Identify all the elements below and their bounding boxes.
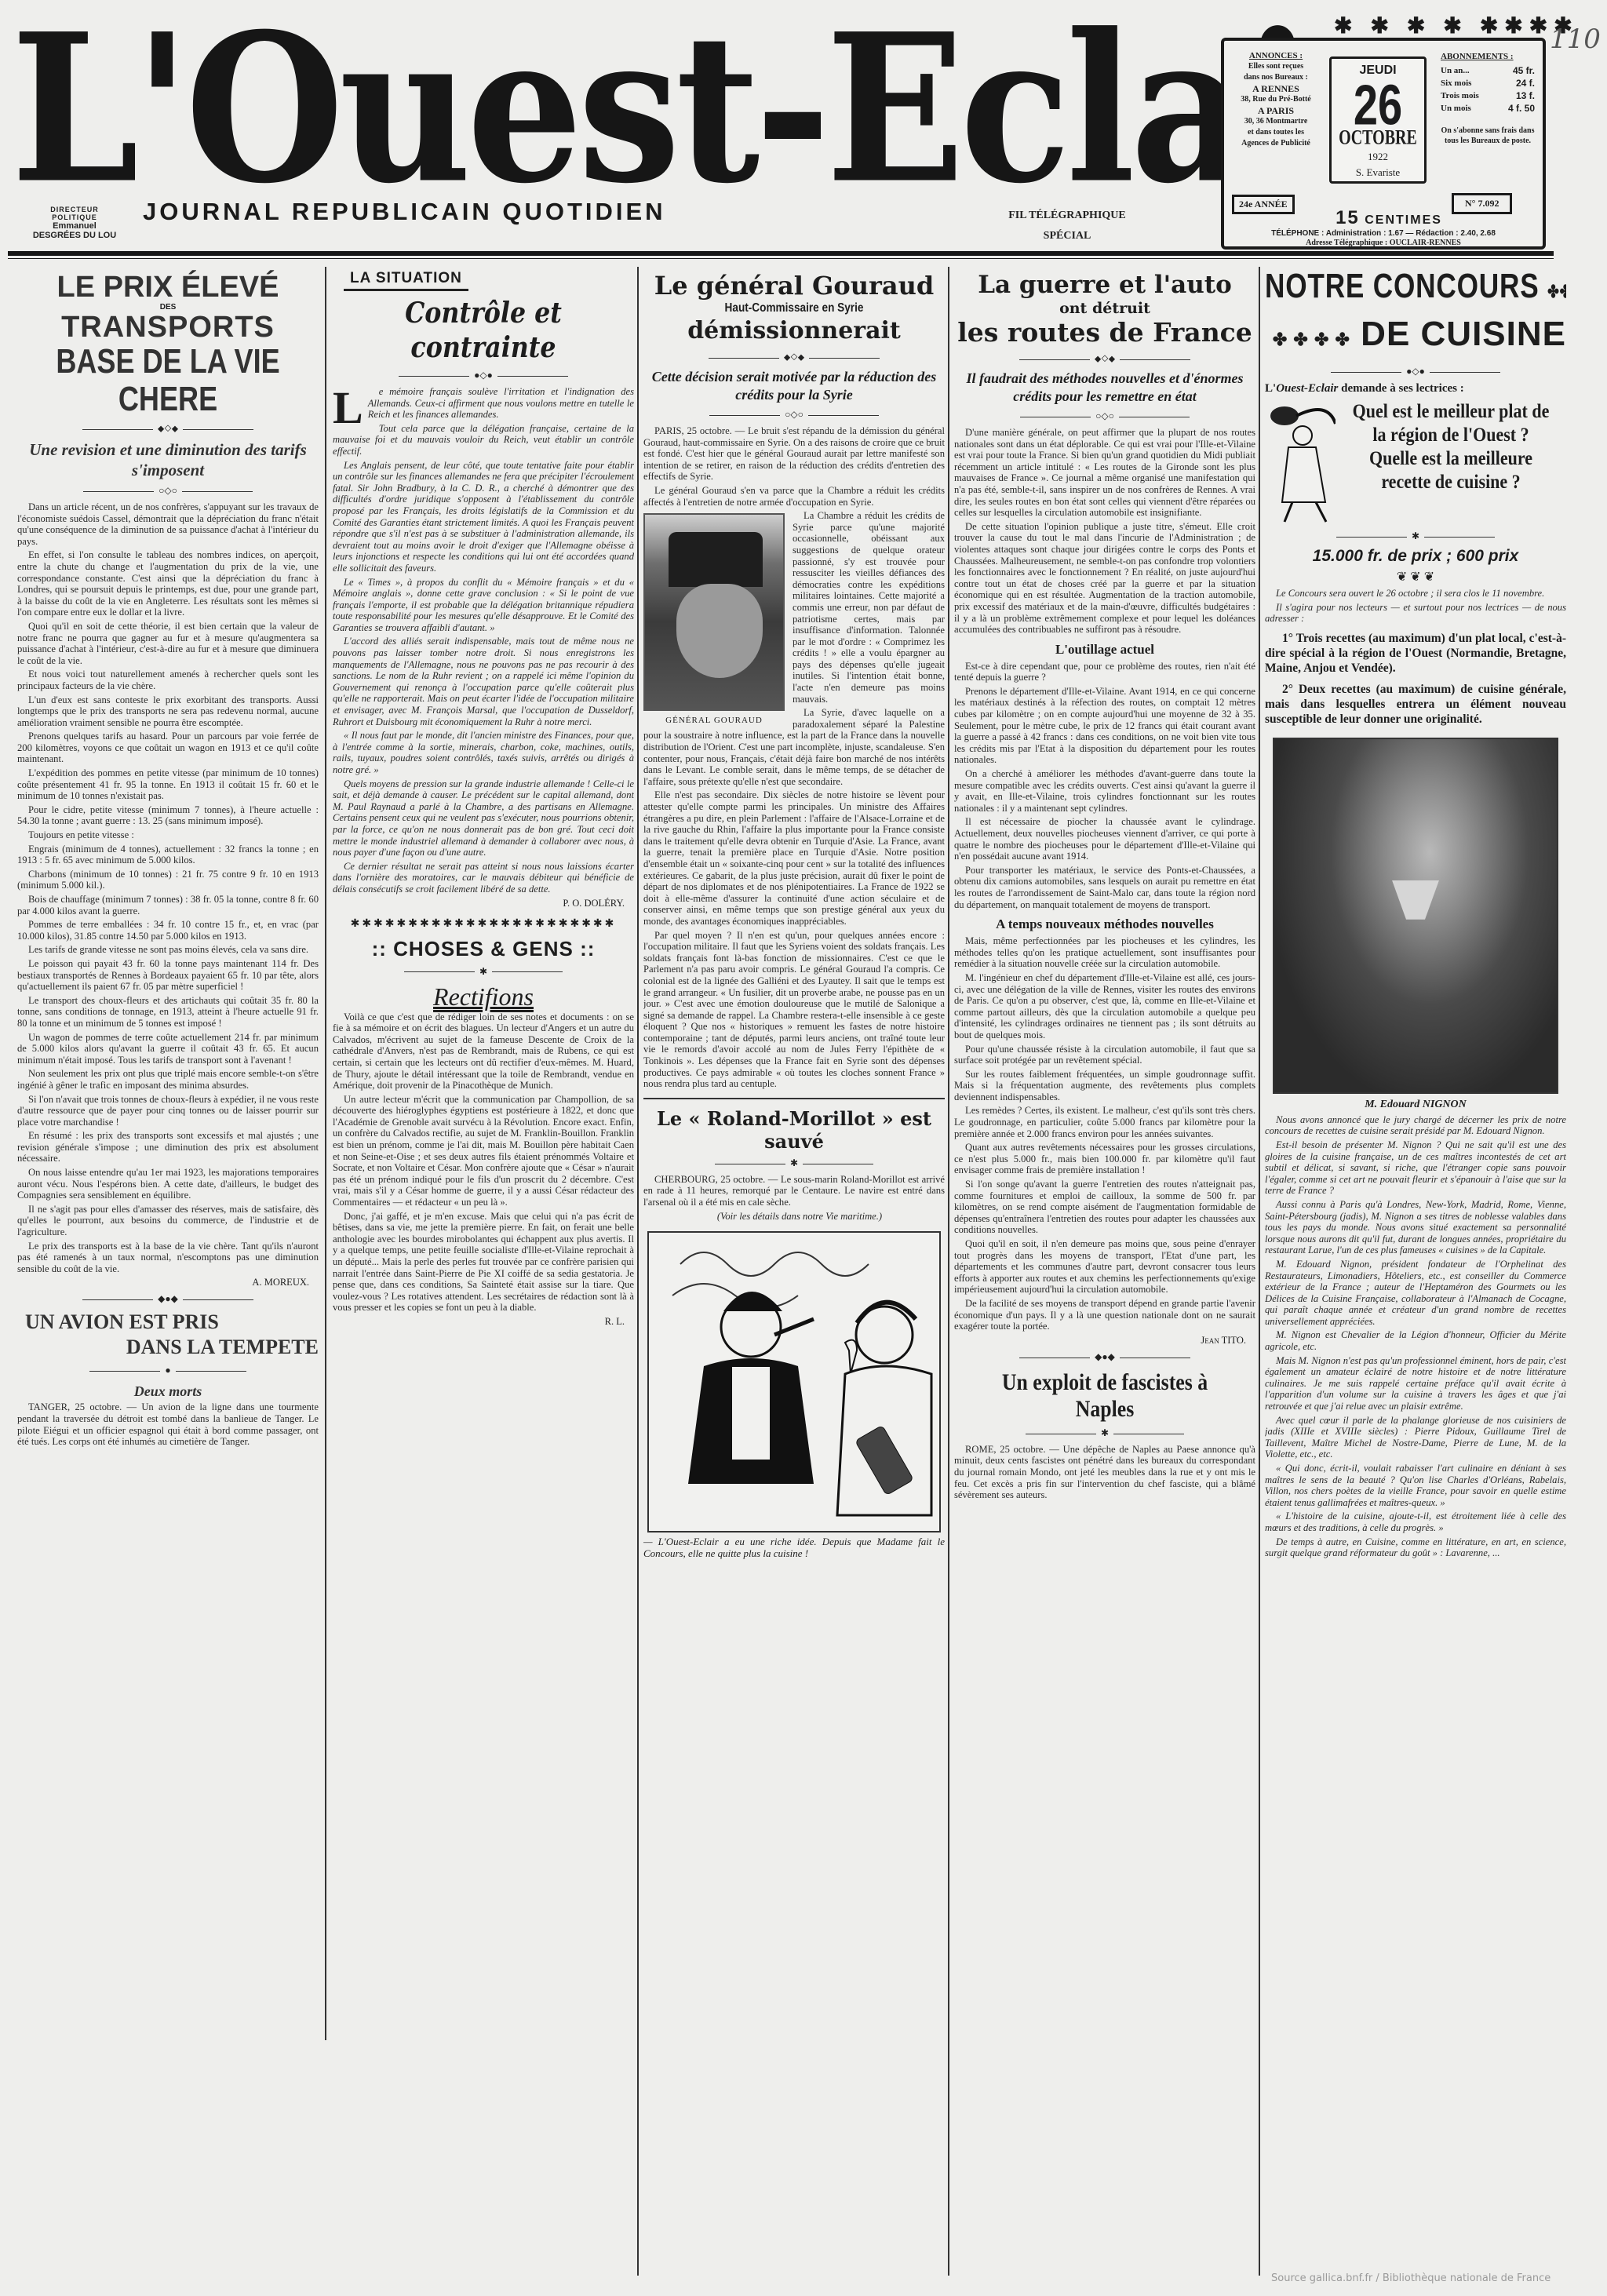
- article-paragraph: Les remèdes ? Certes, ils existent. Le m…: [954, 1105, 1255, 1139]
- article-body: e mémoire français soulève l'irritation …: [333, 386, 634, 895]
- telegraph-address: Adresse Télégraphique : OUCLAIR-RENNES: [1224, 239, 1543, 248]
- director-name: Emmanuel DESGRÉES DU LOU: [31, 221, 118, 240]
- article-paragraph: Non seulement les prix ont plus que trip…: [17, 1068, 319, 1091]
- article-body: Dans un article récent, un de nos confrè…: [17, 501, 319, 1274]
- headline: Le « Roland-Morillot » est sauvé: [643, 1107, 945, 1153]
- masthead-rule-thin: [8, 258, 1554, 259]
- article-paragraph: Un autre lecteur m'écrit que la communic…: [333, 1094, 634, 1208]
- headline: les routes de France: [954, 317, 1255, 348]
- article-paragraph: Pour qu'une chaussée résiste à la circul…: [954, 1044, 1255, 1066]
- article-paragraph: « Qui donc, écrit-il, voulait rabaisser …: [1265, 1463, 1566, 1508]
- ornament-divider-icon: ●◇●: [1265, 366, 1566, 377]
- ornament-divider-icon: ⬥◇⬥: [954, 353, 1255, 365]
- chef-illustration-icon: [1265, 400, 1336, 526]
- article-paragraph: Pommes de terre emballées : 34 fr. 10 co…: [17, 919, 319, 942]
- article-paragraph: Aussi connu à Paris qu'à Londres, New-Yo…: [1265, 1199, 1566, 1256]
- article-paragraph: L'accord des alliés serait indispensable…: [333, 636, 634, 727]
- date-box: JEUDI 26 OCTOBRE 1922 S. Evariste: [1329, 56, 1427, 184]
- article-body: D'une manière générale, on peut affirmer…: [954, 427, 1255, 636]
- ornament-divider-icon: ●: [17, 1365, 319, 1376]
- contest-rule: 1° Trois recettes (au maximum) d'un plat…: [1265, 631, 1566, 676]
- article-paragraph: Quant aux autres revêtements nécessaires…: [954, 1142, 1255, 1176]
- headline: NOTRE CONCOURS ✤✤: [1265, 265, 1506, 313]
- headline: TRANSPORTS: [17, 312, 319, 343]
- article-signature: Jean TITO.: [954, 1335, 1246, 1347]
- article-body: Voilà ce que c'est que de rédiger loin d…: [333, 1011, 634, 1314]
- article-paragraph: Le général Gouraud s'en va parce que la …: [643, 485, 945, 508]
- ornament-divider-icon: ⬥◇⬥: [17, 423, 319, 435]
- fleuron-icon: ❦ ❦ ❦: [1265, 569, 1566, 585]
- article-paragraph: Pour transporter les matériaux, le servi…: [954, 865, 1255, 910]
- day-number: 26: [1332, 78, 1424, 133]
- month: OCTOBRE: [1332, 127, 1424, 151]
- article-paragraph: ROME, 25 octobre. — Une dépêche de Naple…: [954, 1444, 1255, 1501]
- star-divider-icon: ✱✱✱✱✱✱✱✱✱✱✱✱✱✱✱✱✱✱✱✱✱✱✱: [333, 917, 634, 931]
- article-paragraph: « Il nous faut par le monde, dit l'ancie…: [333, 730, 634, 775]
- article-paragraph: PARIS, 25 octobre. — Le bruit s'est répa…: [643, 425, 945, 483]
- ornament-divider-icon: ○◇○: [954, 410, 1255, 422]
- subscription-row: Un mois4 f. 50: [1441, 102, 1535, 115]
- article-paragraph: Si l'on n'avait que trois tonnes de chou…: [17, 1094, 319, 1128]
- year: 1922: [1332, 151, 1424, 163]
- ads-line: et dans toutes les: [1232, 127, 1320, 138]
- portrait-edouard-nignon: [1273, 738, 1558, 1094]
- article-concours-cuisine: NOTRE CONCOURS ✤✤ ✤ ✤ ✤ ✤ DE CUISINE ●◇●…: [1265, 265, 1566, 2258]
- headline: Contrôle et contrainte: [351, 296, 616, 365]
- article-paragraph: De cette situation l'opinion publique a …: [954, 521, 1255, 636]
- contest-questions: Quel est le meilleur plat de la région d…: [1265, 400, 1566, 526]
- question: Quelle est la meilleure recette de cuisi…: [1350, 447, 1553, 494]
- article-body: Est-ce à dire cependant que, pour ce pro…: [954, 661, 1255, 910]
- headline: LE PRIX ÉLEVÉ: [17, 272, 319, 303]
- article-signature: A. MOREUX.: [17, 1277, 309, 1288]
- ornament-divider-icon: ◆●◆: [17, 1293, 319, 1305]
- article-paragraph: Toujours en petite vitesse :: [17, 829, 319, 841]
- subscription-row: Trois mois13 f.: [1441, 89, 1535, 102]
- newspaper-subtitle: JOURNAL REPUBLICAIN QUOTIDIEN: [143, 198, 666, 226]
- headline: Un exploit de fascistes à Naples: [975, 1369, 1234, 1423]
- ornament-divider-icon: ○◇○: [643, 409, 945, 421]
- article-paragraph: « L'histoire de la cuisine, ajoute-t-il,…: [1265, 1511, 1566, 1533]
- article-paragraph: Prenons le département d'Ille-et-Vilaine…: [954, 686, 1255, 766]
- article-paragraph: Le prix des transports est à la base de …: [17, 1241, 319, 1275]
- article-paragraph: Et nous voici tout naturellement amenés …: [17, 669, 319, 691]
- cartoon-drawing-icon: [649, 1233, 939, 1531]
- article-paragraph: e mémoire français soulève l'irritation …: [333, 386, 634, 421]
- article-deck: Deux morts: [17, 1381, 319, 1401]
- article-paragraph: En résumé : les prix des transports sont…: [17, 1130, 319, 1164]
- article-paragraph: Par quel moyen ? Il n'en est qu'un, pour…: [643, 930, 945, 1090]
- ads-line: Elles sont reçues: [1232, 61, 1320, 72]
- article-paragraph: Sur les routes faiblement fréquentées, u…: [954, 1069, 1255, 1103]
- article-paragraph: Avec quel cœur il parle de la phalange g…: [1265, 1415, 1566, 1460]
- article-paragraph: Prenons quelques tarifs au hasard. Pour …: [17, 731, 319, 765]
- portrait-image: [643, 513, 785, 711]
- article-paragraph: L'un d'eux est sans conteste le prix exo…: [17, 694, 319, 729]
- article-paragraph: De temps à autre, en Cuisine, comme en l…: [1265, 1536, 1566, 1559]
- article-body: Nous avons annoncé que le jury chargé de…: [1265, 1114, 1566, 1559]
- director-credit: DIRECTEUR POLITIQUE Emmanuel DESGRÉES DU…: [31, 206, 118, 240]
- subscription-row: Six mois24 f.: [1441, 77, 1535, 89]
- article-paragraph: En effet, si l'on consulte le tableau de…: [17, 549, 319, 618]
- newspaper-page: L'Ouest-Eclair DIRECTEUR POLITIQUE Emman…: [0, 0, 1607, 2296]
- article-signature: P. O. DOLÉRY.: [333, 898, 625, 909]
- ornament-divider-icon: ●◇●: [333, 370, 634, 381]
- headline: UN AVION EST PRIS: [25, 1310, 319, 1335]
- subscriptions-block: ABONNEMENTS : Un an...45 fr. Six mois24 …: [1441, 50, 1535, 146]
- article-paragraph: On a cherché à améliorer les méthodes d'…: [954, 768, 1255, 814]
- article-paragraph: TANGER, 25 octobre. — Un avion de la lig…: [17, 1401, 319, 1447]
- article-note: (Voir les détails dans notre Vie maritim…: [643, 1211, 945, 1223]
- info-box: ANNONCES : Elles sont reçues dans nos Bu…: [1221, 38, 1546, 250]
- article-paragraph: Mais M. Nignon n'est pas qu'un professio…: [1265, 1355, 1566, 1412]
- ornament-divider-icon: ✱: [333, 966, 634, 978]
- ads-heading: ANNONCES :: [1232, 50, 1320, 61]
- article-paragraph: On nous laisse entendre qu'au 1er mai 19…: [17, 1167, 319, 1201]
- article-paragraph: Quoi qu'il en soit, il n'en demeure pas …: [954, 1238, 1255, 1296]
- article-paragraph: Tout cela parce que la délégation frança…: [333, 423, 634, 457]
- source-credit: Source gallica.bnf.fr / Bibliothèque nat…: [1271, 2272, 1551, 2284]
- ornament-divider-icon: ✱: [1265, 530, 1566, 542]
- article-paragraph: Le poisson qui payait 43 fr. 60 la tonne…: [17, 958, 319, 993]
- article-paragraph: Il est nécessaire de piocher la chaussée…: [954, 816, 1255, 862]
- handwritten-mark: 110: [1550, 24, 1601, 55]
- subscriptions-heading: ABONNEMENTS :: [1441, 50, 1535, 63]
- article-paragraph: Si l'on songe qu'avant la guerre l'entre…: [954, 1179, 1255, 1236]
- subscription-row: Un an...45 fr.: [1441, 64, 1535, 77]
- article-paragraph: Est-il besoin de présenter M. Nignon ? Q…: [1265, 1139, 1566, 1197]
- column-heading: :: CHOSES & GENS ::: [333, 937, 634, 961]
- saint-of-day: S. Evariste: [1332, 166, 1424, 179]
- article-transports: LE PRIX ÉLEVÉ DES TRANSPORTS BASE DE LA …: [17, 265, 319, 2258]
- price: 15 CENTIMES: [1310, 207, 1467, 229]
- headline: Rectifions: [333, 982, 634, 1011]
- article-body: Mais, même perfectionnées par les pioche…: [954, 935, 1255, 1332]
- article-signature: R. L.: [333, 1316, 625, 1328]
- article-paragraph: Est-ce à dire cependant que, pour ce pro…: [954, 661, 1255, 683]
- headline-sub: Haut-Commissaire en Syrie: [666, 301, 922, 315]
- ads-address: 38, Rue du Pré-Botté: [1232, 94, 1320, 105]
- edition-stars-icon: ✱ ✱ ✱ ✱ ✱✱✱✱: [1334, 13, 1579, 39]
- article-paragraph: Voilà ce que c'est que de rédiger loin d…: [333, 1011, 634, 1092]
- article-paragraph: Charbons (minimum de 10 tonnes) : 21 fr.…: [17, 869, 319, 891]
- article-paragraph: Le Concours sera ouvert le 26 octobre ; …: [1265, 588, 1566, 600]
- ads-city: A RENNES: [1232, 83, 1320, 94]
- article-deck: Il faudrait des méthodes nouvelles et d'…: [954, 370, 1255, 406]
- article-paragraph: M. Edouard Nignon, président fondateur d…: [1265, 1259, 1566, 1328]
- drop-cap: L: [333, 389, 363, 427]
- contact-info: TÉLÉPHONE : Administration : 1.67 — Réda…: [1224, 229, 1543, 248]
- article-paragraph: Quoi qu'il en soit de cette théorie, il …: [17, 621, 319, 666]
- question: Quel est le meilleur plat de la région d…: [1350, 400, 1553, 447]
- column-divider: [1259, 267, 1260, 2276]
- questions-text: Quel est le meilleur plat de la région d…: [1350, 400, 1553, 526]
- article-deck: Une revision et une diminution des tarif…: [17, 439, 319, 480]
- wire-line-2: SPÉCIAL: [989, 226, 1146, 246]
- article-paragraph: Donc, j'ai gaffé, et je m'en excuse. Mai…: [333, 1211, 634, 1314]
- contest-lead: L'Ouest-Eclair demande à ses lectrices :: [1265, 382, 1566, 395]
- ads-address: 30, 36 Montmartre: [1232, 116, 1320, 127]
- article-paragraph: Engrais (minimum de 4 tonnes), actuellem…: [17, 844, 319, 866]
- subheading: L'outillage actuel: [954, 642, 1255, 658]
- article-paragraph: Les tarifs de grande vitesse ne sont pas…: [17, 944, 319, 956]
- article-paragraph: M. l'ingénieur en chef du département d'…: [954, 972, 1255, 1041]
- subheading: A temps nouveaux méthodes nouvelles: [954, 917, 1255, 932]
- ads-line: Agences de Publicité: [1232, 138, 1320, 149]
- article-situation: LA SITUATION Contrôle et contrainte ●◇● …: [333, 265, 634, 2258]
- ads-line: dans nos Bureaux :: [1232, 72, 1320, 83]
- subscription-note: On s'abonne sans frais dans tous les Bur…: [1441, 126, 1535, 146]
- cartoon-illustration: [647, 1231, 941, 1532]
- article-paragraph: Il s'agira pour nos lecteurs — et surtou…: [1265, 602, 1566, 625]
- year-of-publication: 24e ANNÉE: [1232, 195, 1295, 214]
- ornament-divider-icon: ○◇○: [17, 485, 319, 497]
- photo-caption: GÉNÉRAL GOURAUD: [643, 716, 785, 725]
- photo-general-gouraud: GÉNÉRAL GOURAUD: [643, 513, 785, 725]
- headline: DANS LA TEMPETE: [17, 1335, 319, 1360]
- article-paragraph: Les Anglais pensent, de leur côté, que t…: [333, 460, 634, 574]
- ornament-divider-icon: ◆●◆: [954, 1351, 1255, 1363]
- article-paragraph: M. Nignon est Chevalier de la Légion d'h…: [1265, 1329, 1566, 1352]
- article-paragraph: D'une manière générale, on peut affirmer…: [954, 427, 1255, 519]
- ads-block: ANNONCES : Elles sont reçues dans nos Bu…: [1232, 50, 1320, 149]
- section-kicker: LA SITUATION: [344, 265, 468, 291]
- article-paragraph: De la facilité de ses moyens de transpor…: [954, 1298, 1255, 1332]
- photo-caption: M. Edouard NIGNON: [1265, 1099, 1566, 1111]
- article-paragraph: Elle n'est pas secondaire. Dix siècles d…: [643, 789, 945, 927]
- director-label: DIRECTEUR POLITIQUE: [31, 206, 118, 221]
- article-gouraud: Le général Gouraud Haut-Commissaire en S…: [643, 265, 945, 2258]
- clover-ornament-icon: ✤✤: [1547, 282, 1566, 301]
- contest-rule: 2° Deux recettes (au maximum) de cuisine…: [1265, 682, 1566, 727]
- ornament-divider-icon: ⬥◇⬥: [643, 352, 945, 363]
- column-divider: [948, 267, 949, 2276]
- headline: ✤ ✤ ✤ ✤ DE CUISINE: [1265, 313, 1566, 361]
- article-paragraph: Quels moyens de pression sur la grande i…: [333, 778, 634, 858]
- ornament-divider-icon: ✱: [954, 1427, 1255, 1439]
- column-divider: [325, 267, 326, 2040]
- article-paragraph: Nous avons annoncé que le jury chargé de…: [1265, 1114, 1566, 1137]
- headline: BASE DE LA VIE CHERE: [45, 343, 292, 418]
- prize-amount: 15.000 fr. de prix ; 600 prix: [1265, 547, 1566, 566]
- clover-ornament-icon: ✤ ✤ ✤ ✤: [1273, 330, 1350, 349]
- masthead: L'Ouest-Eclair DIRECTEUR POLITIQUE Emman…: [0, 0, 1607, 259]
- headline: Le général Gouraud: [643, 270, 945, 301]
- ornament-divider-icon: ✱: [643, 1157, 945, 1169]
- telephone: TÉLÉPHONE : Administration : 1.67 — Réda…: [1224, 229, 1543, 239]
- ads-city: A PARIS: [1232, 105, 1320, 116]
- cartoon-caption: — L'Ouest-Eclair a eu une riche idée. De…: [643, 1536, 945, 1559]
- headline: démissionnerait: [643, 315, 945, 347]
- article-paragraph: Ce dernier résultat ne serait pas attein…: [333, 861, 634, 895]
- column-divider: [637, 267, 639, 2276]
- article-paragraph: Le transport des choux-fleurs et des art…: [17, 995, 319, 1030]
- wire-line-1: FIL TÉLÉGRAPHIQUE: [989, 206, 1146, 226]
- wire-service: FIL TÉLÉGRAPHIQUE SPÉCIAL: [989, 206, 1146, 246]
- article-paragraph: CHERBOURG, 25 octobre. — Le sous-marin R…: [643, 1174, 945, 1208]
- article-paragraph: Un wagon de pommes de terre coûte actuel…: [17, 1032, 319, 1066]
- newspaper-title: L'Ouest-Eclair: [11, 8, 1400, 210]
- article-paragraph: Le « Times », à propos du conflit du « M…: [333, 577, 634, 634]
- article-paragraph: Bois de chauffage (minimum 7 tonnes) : 3…: [17, 894, 319, 917]
- masthead-rule: [8, 251, 1554, 256]
- headline-sub: ont détruit: [954, 300, 1255, 317]
- headline: La guerre et l'auto: [954, 270, 1255, 300]
- article-paragraph: Pour le cidre, petite vitesse (minimum 7…: [17, 804, 319, 827]
- article-paragraph: Mais, même perfectionnées par les pioche…: [954, 935, 1255, 970]
- article-paragraph: Dans un article récent, un de nos confrè…: [17, 501, 319, 547]
- article-deck: Cette décision serait motivée par la réd…: [643, 368, 945, 404]
- section-divider: [643, 1098, 945, 1099]
- article-paragraph: Il ne s'agit pas pour elles d'amasser de…: [17, 1204, 319, 1238]
- article-paragraph: L'expédition des pommes en petite vitess…: [17, 767, 319, 802]
- article-routes: La guerre et l'auto ont détruit les rout…: [954, 265, 1255, 2258]
